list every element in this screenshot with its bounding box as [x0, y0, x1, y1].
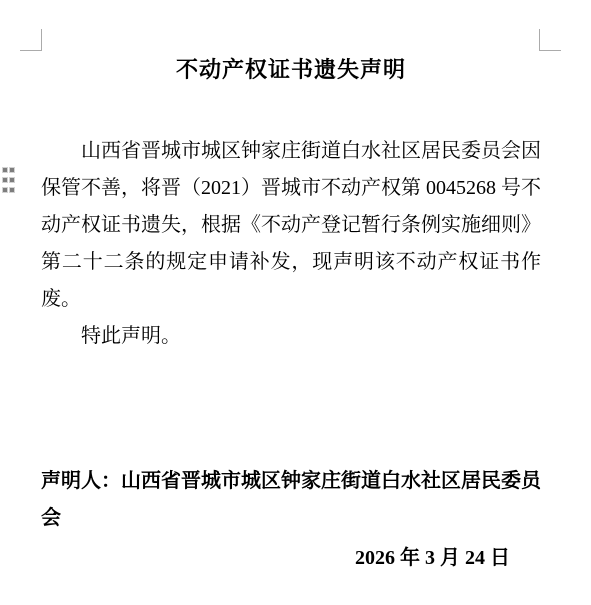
drag-handle-dot [3, 178, 7, 182]
document-title: 不动产权证书遗失声明 [41, 56, 541, 84]
closing-paragraph: 特此声明。 [41, 318, 541, 355]
drag-handle-dot [10, 188, 14, 192]
drag-handle-dot [3, 168, 7, 172]
drag-handle-dot [10, 168, 14, 172]
margin-mark-top-left-icon [20, 29, 42, 51]
document-text-area: 不动产权证书遗失声明 山西省晋城市城区钟家庄街道白水社区居民委员会因保管不善，将… [41, 50, 541, 577]
drag-handle-dot [3, 188, 7, 192]
drag-handle-dot [10, 178, 14, 182]
declarant-line: 声明人：山西省晋城市城区钟家庄街道白水社区居民委员会 [41, 463, 541, 537]
date-line: 2026 年 3 月 24 日 [41, 540, 510, 577]
margin-mark-top-right-icon [539, 29, 561, 51]
document-page: 不动产权证书遗失声明 山西省晋城市城区钟家庄街道白水社区居民委员会因保管不善，将… [0, 0, 591, 605]
body-paragraph: 山西省晋城市城区钟家庄街道白水社区居民委员会因保管不善，将晋（2021）晋城市不… [41, 133, 541, 318]
drag-handle-icon[interactable] [3, 168, 14, 192]
